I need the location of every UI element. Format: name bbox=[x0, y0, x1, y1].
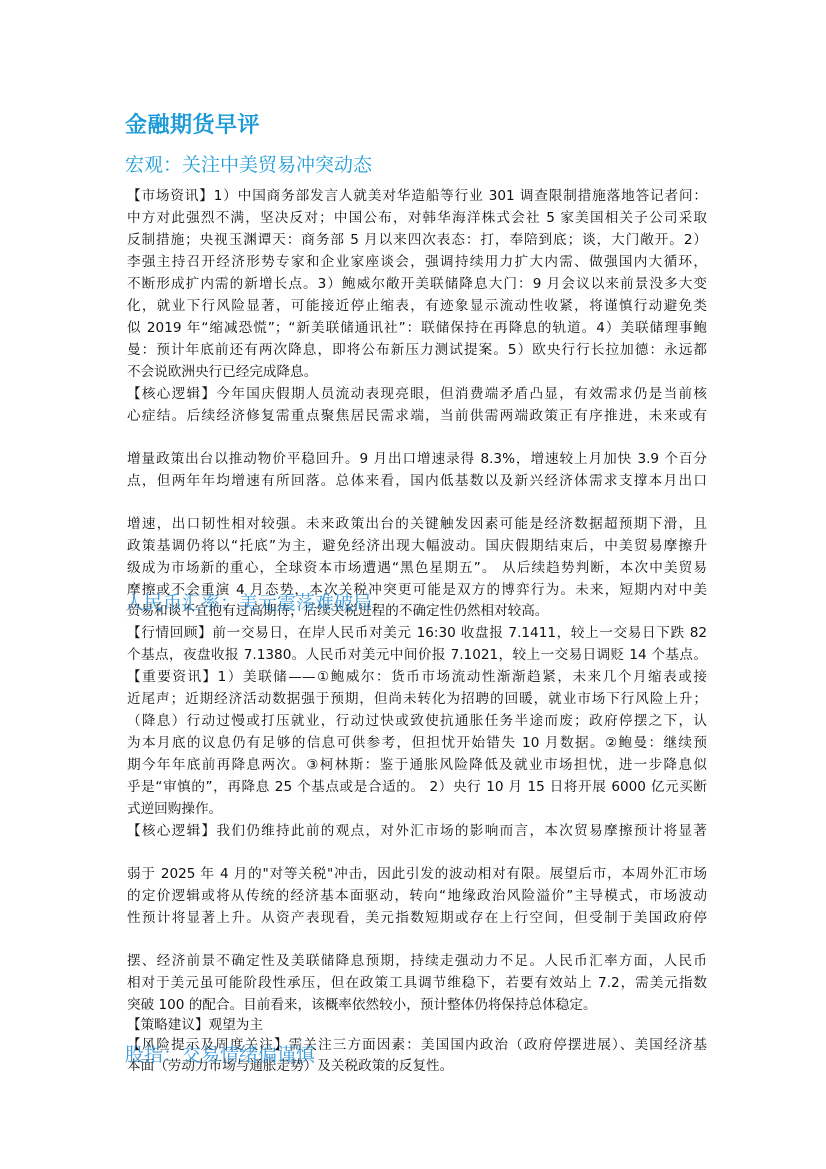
text-line: 为本月底的议息仍有足够的信息可供参考，但担忧开始错失 10 月数据。②鲍曼：继续… bbox=[127, 732, 707, 754]
text-line: 【核心逻辑】我们仍维持此前的观点，对外汇市场的影响而言，本次贸易摩擦预计将显著 bbox=[127, 820, 707, 842]
text-line: 期今年年底前再降息两次。③柯林斯：鉴于通胀风险降低及就业市场担忧，进一步降息似 bbox=[127, 754, 707, 776]
section-heading-rmb: 人民币汇率：美元震荡难破局 bbox=[125, 588, 372, 615]
text-line: 式逆回购操作。 bbox=[127, 798, 707, 820]
text-line: 【核心逻辑】今年国庆假期人员流动表现亮眼，但消费端矛盾凸显，有效需求仍是当前核 bbox=[127, 383, 707, 405]
text-line: 曼：预计年底前还有两次降息，即将公布新压力测试提案。5）欧央行行长拉加德：永远都 bbox=[127, 339, 707, 361]
section-heading-macro: 宏观：关注中美贸易冲突动态 bbox=[125, 150, 372, 177]
text-line: 【市场资讯】1）中国商务部发言人就美对华造船等行业 301 调查限制措施落地答记… bbox=[127, 185, 707, 207]
text-line: 心症结。后续经济修复需重点聚焦居民需求端，当前供需两端政策正有序推进，未来或有 bbox=[127, 405, 707, 427]
text-line: 反制措施；央视玉渊谭天：商务部 5 月以来四次表态：打，奉陪到底；谈，大门敞开。… bbox=[127, 229, 707, 251]
text-line: 中方对此强烈不满，坚决反对；中国公布，对韩华海洋株式会社 5 家美国相关子公司采… bbox=[127, 207, 707, 229]
text-line: 乎是“审慎的”，再降息 25 个基点或是合适的。 2）央行 10 月 15 日将… bbox=[127, 776, 707, 798]
text-line: 相对于美元虽可能阶段性承压，但在政策工具调节维稳下，若要有效站上 7.2，需美元… bbox=[127, 972, 707, 994]
text-line: （降息）行动过慢或打压就业，行动过快或致使抗通胀任务半途而废；政府停摆之下，认 bbox=[127, 710, 707, 732]
text-line: 摆、经济前景不确定性及美联储降息预期，持续走强动力不足。人民币汇率方面，人民币 bbox=[127, 950, 707, 972]
text-line: 弱于 2025 年 4 月的"对等关税"冲击，因此引发的波动相对有限。展望后市，… bbox=[127, 863, 707, 885]
text-line: 政策基调仍将以“托底”为主，避免经济出现大幅波动。国庆假期结束后，中美贸易摩擦升 bbox=[127, 535, 707, 557]
text-line: 增速，出口韧性相对较强。未来政策出台的关键触发因素可能是经济数据超预期下滑，且 bbox=[127, 513, 707, 535]
text-line: 【行情回顾】前一交易日，在岸人民币对美元 16:30 收盘报 7.1411，较上… bbox=[127, 622, 707, 644]
text-line: 化，就业下行风险显著，可能接近停止缩表，有迹象显示流动性收紧，将谨慎行动避免类 bbox=[127, 295, 707, 317]
text-line: 李强主持召开经济形势专家和企业家座谈会，强调持续用力扩大内需、做强国内大循环， bbox=[127, 251, 707, 273]
section-heading-stock-index: 股指：交易情绪偏谨慎 bbox=[125, 1040, 315, 1067]
text-line: 近尾声；近期经济活动数据强于预期，但尚未转化为招聘的回暖，就业市场下行风险上升； bbox=[127, 688, 707, 710]
text-line: 增量政策出台以推动物价平稳回升。9 月出口增速录得 8.3%，增速较上月加快 3… bbox=[127, 448, 707, 470]
text-line: 【重要资讯】1）美联储——①鲍威尔：货币市场流动性渐渐趋紧，未来几个月缩表或接 bbox=[127, 666, 707, 688]
page-title: 金融期货早评 bbox=[125, 108, 260, 139]
text-line: 点，但两年年均增速有所回落。总体来看，国内低基数以及新兴经济体需求支撑本月出口 bbox=[127, 470, 707, 492]
text-line: 的定价逻辑或将从传统的经济基本面驱动，转向“地缘政治风险溢价”主导模式，市场波动 bbox=[127, 885, 707, 907]
text-line: 似 2019 年“缩减恐慌”；“新美联储通讯社”：联储保持在再降息的轨道。4）美… bbox=[127, 317, 707, 339]
text-line: 不会说欧洲央行已经完成降息。 bbox=[127, 361, 707, 383]
text-line: 级成为市场新的重心，全球资本市场遭遇“黑色星期五”。 从后续趋势判断，本次中美贸… bbox=[127, 557, 707, 579]
text-line: 性预计将显著上升。从资产表现看，美元指数短期或存在上行空间，但受制于美国政府停 bbox=[127, 907, 707, 929]
text-line: 【策略建议】观望为主 bbox=[127, 1014, 707, 1036]
text-line: 突破 100 的配合。目前看来，该概率依然较小，预计整体仍将保持总体稳定。 bbox=[127, 994, 707, 1016]
text-line: 不断形成扩内需的新增长点。3）鲍威尔敞开美联储降息大门：9 月会议以来前景没多大… bbox=[127, 273, 707, 295]
text-line: 个基点，夜盘收报 7.1380。人民币对美元中间价报 7.1021，较上一交易日… bbox=[127, 644, 707, 666]
